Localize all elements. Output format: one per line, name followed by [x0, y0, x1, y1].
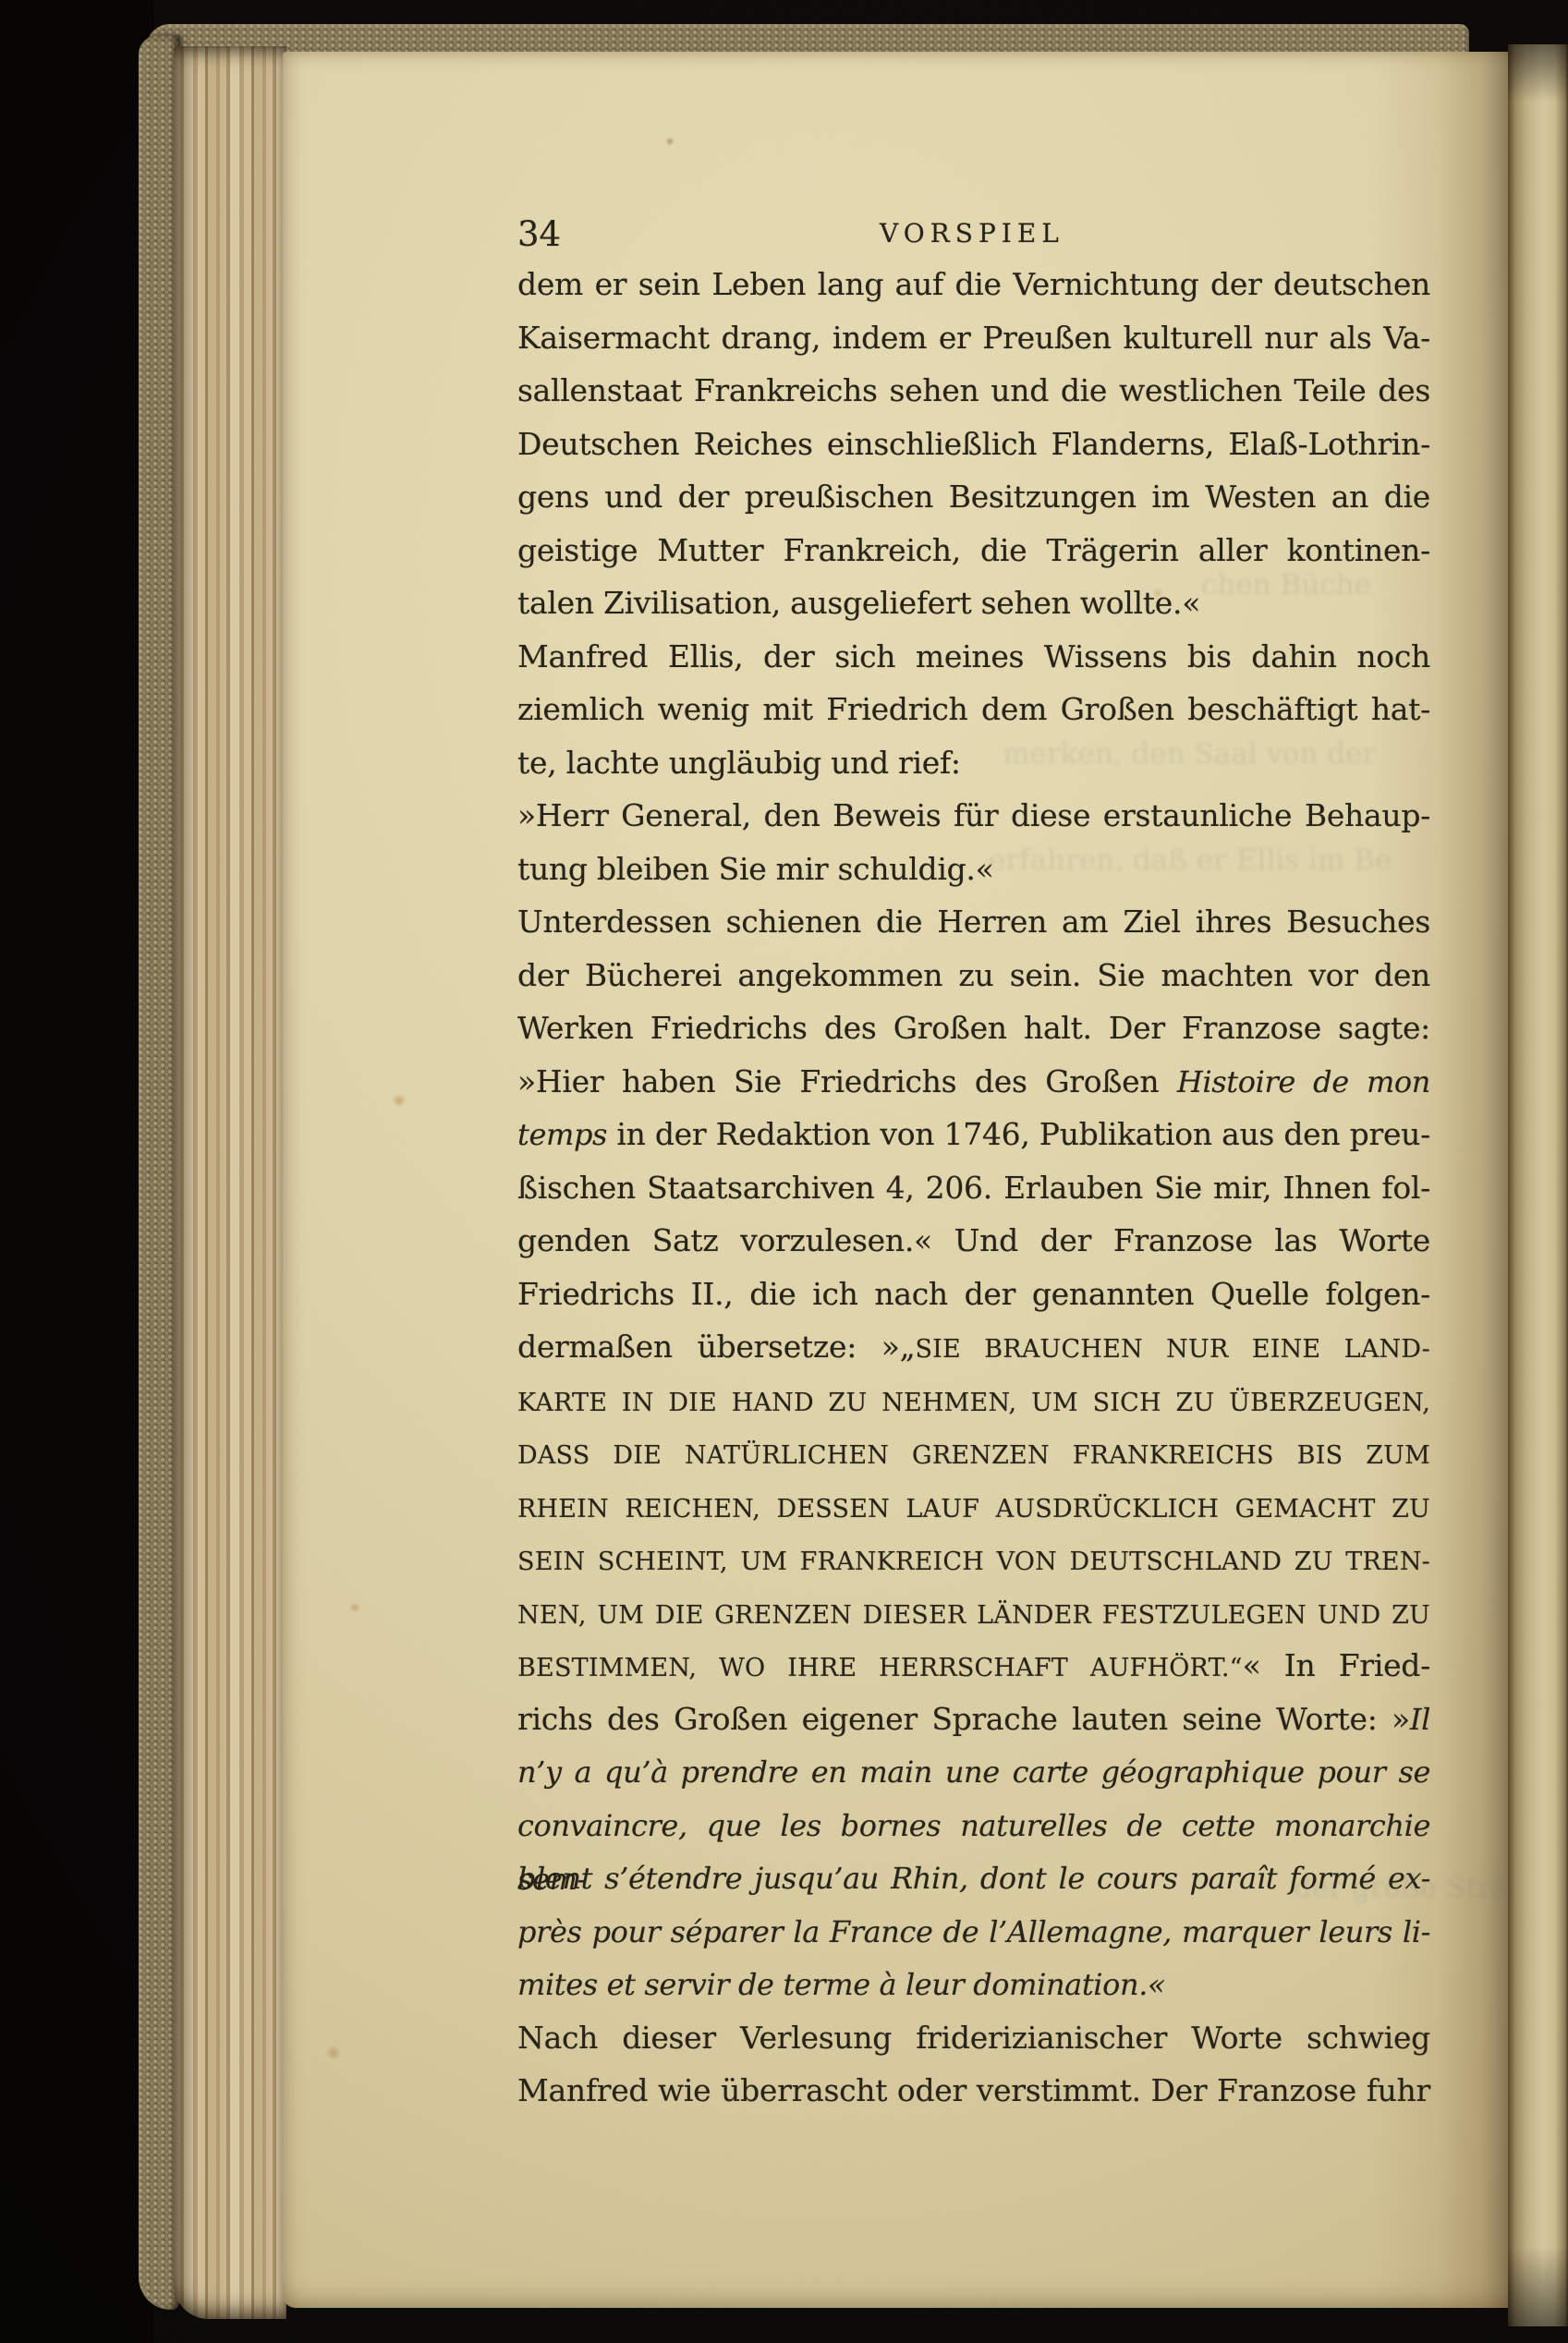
text-line: dermaßen übersetze: »„SIE BRAUCHEN NUR E…: [517, 1320, 1430, 1374]
folio-page-number: 34: [517, 214, 561, 254]
foxing-spot: [392, 1094, 407, 1107]
text-line: ßischen Staatsarchiven 4, 206. Erlauben …: [517, 1161, 1430, 1215]
text-line: Deutschen Reiches einschließlich Flander…: [517, 418, 1430, 471]
foxing-spot: [665, 137, 675, 146]
text-line: temps in der Redaktion von 1746, Publika…: [517, 1108, 1430, 1161]
text-line: richs des Großen eigener Sprache lauten …: [517, 1693, 1430, 1746]
show-through-text: der größe Stra: [1294, 1871, 1508, 1904]
text-line: BESTIMMEN, WO IHRE HERRSCHAFT AUFHÖRT.“«…: [517, 1639, 1430, 1693]
text-line: Manfred wie überrascht oder verstimmt. D…: [517, 2064, 1430, 2118]
text-line: Manfred Ellis, der sich meines Wissens b…: [517, 630, 1430, 684]
text-line: RHEIN REICHEN, DESSEN LAUF AUSDRÜCKLICH …: [517, 1480, 1430, 1534]
show-through-text: chen Büche: [1201, 568, 1371, 601]
text-line: n’y a qu’à prendre en main une carte géo…: [517, 1745, 1430, 1799]
text-line: »Hier haben Sie Friedrichs des Großen Hi…: [517, 1055, 1430, 1109]
text-line: gens und der preußischen Besitzungen im …: [517, 470, 1430, 524]
text-line: sallenstaat Frankreichs sehen und die we…: [517, 364, 1430, 418]
show-through-text: merken, den Saal von der: [1003, 737, 1376, 771]
page-edge-stack: [174, 46, 286, 2319]
text-block: dem er sein Leben lang auf die Vernichtu…: [517, 258, 1430, 2118]
text-line: genden Satz vorzulesen.« Und der Franzos…: [517, 1214, 1430, 1268]
text-line: Werken Friedrichs des Großen halt. Der F…: [517, 1002, 1430, 1055]
foxing-spot: [349, 1602, 360, 1613]
text-line: Nach dieser Verlesung friderizianischer …: [517, 2011, 1430, 2065]
text-line: Unterdessen schienen die Herren am Ziel …: [517, 895, 1430, 949]
text-line: SEIN SCHEINT, UM FRANKREICH VON DEUTSCHL…: [517, 1533, 1430, 1586]
show-through-text: erfahren, daß er Ellis im Be: [989, 844, 1392, 877]
text-line: DASS DIE NATÜRLICHEN GRENZEN FRANKREICHS…: [517, 1426, 1430, 1480]
text-line: Kaisermacht drang, indem er Preußen kult…: [517, 311, 1430, 365]
text-line: KARTE IN DIE HAND ZU NEHMEN, UM SICH ZU …: [517, 1374, 1430, 1427]
running-head: VORSPIEL: [880, 218, 1064, 249]
text-line: NEN, UM DIE GRENZEN DIESER LÄNDER FESTZU…: [517, 1586, 1430, 1640]
text-line: Friedrichs II., die ich nach der genannt…: [517, 1268, 1430, 1321]
text-line: convaincre, que les bornes naturelles de…: [517, 1799, 1430, 1852]
text-line: der Bücherei angekommen zu sein. Sie mac…: [517, 949, 1430, 1002]
text-line: »Herr General, den Beweis für diese erst…: [517, 789, 1430, 843]
text-line: dem er sein Leben lang auf die Vernichtu…: [517, 258, 1430, 311]
foxing-spot: [325, 2046, 342, 2060]
book-photo-scene: 34 VORSPIEL dem er sein Leben lang auf d…: [0, 0, 1568, 2343]
text-line: mites et servir de terme à leur dominati…: [517, 1958, 1430, 2011]
text-line: près pour séparer la France de l’Allemag…: [517, 1905, 1430, 1959]
text-line: ziemlich wenig mit Friedrich dem Großen …: [517, 683, 1430, 736]
facing-page-edge: [1508, 44, 1568, 2326]
